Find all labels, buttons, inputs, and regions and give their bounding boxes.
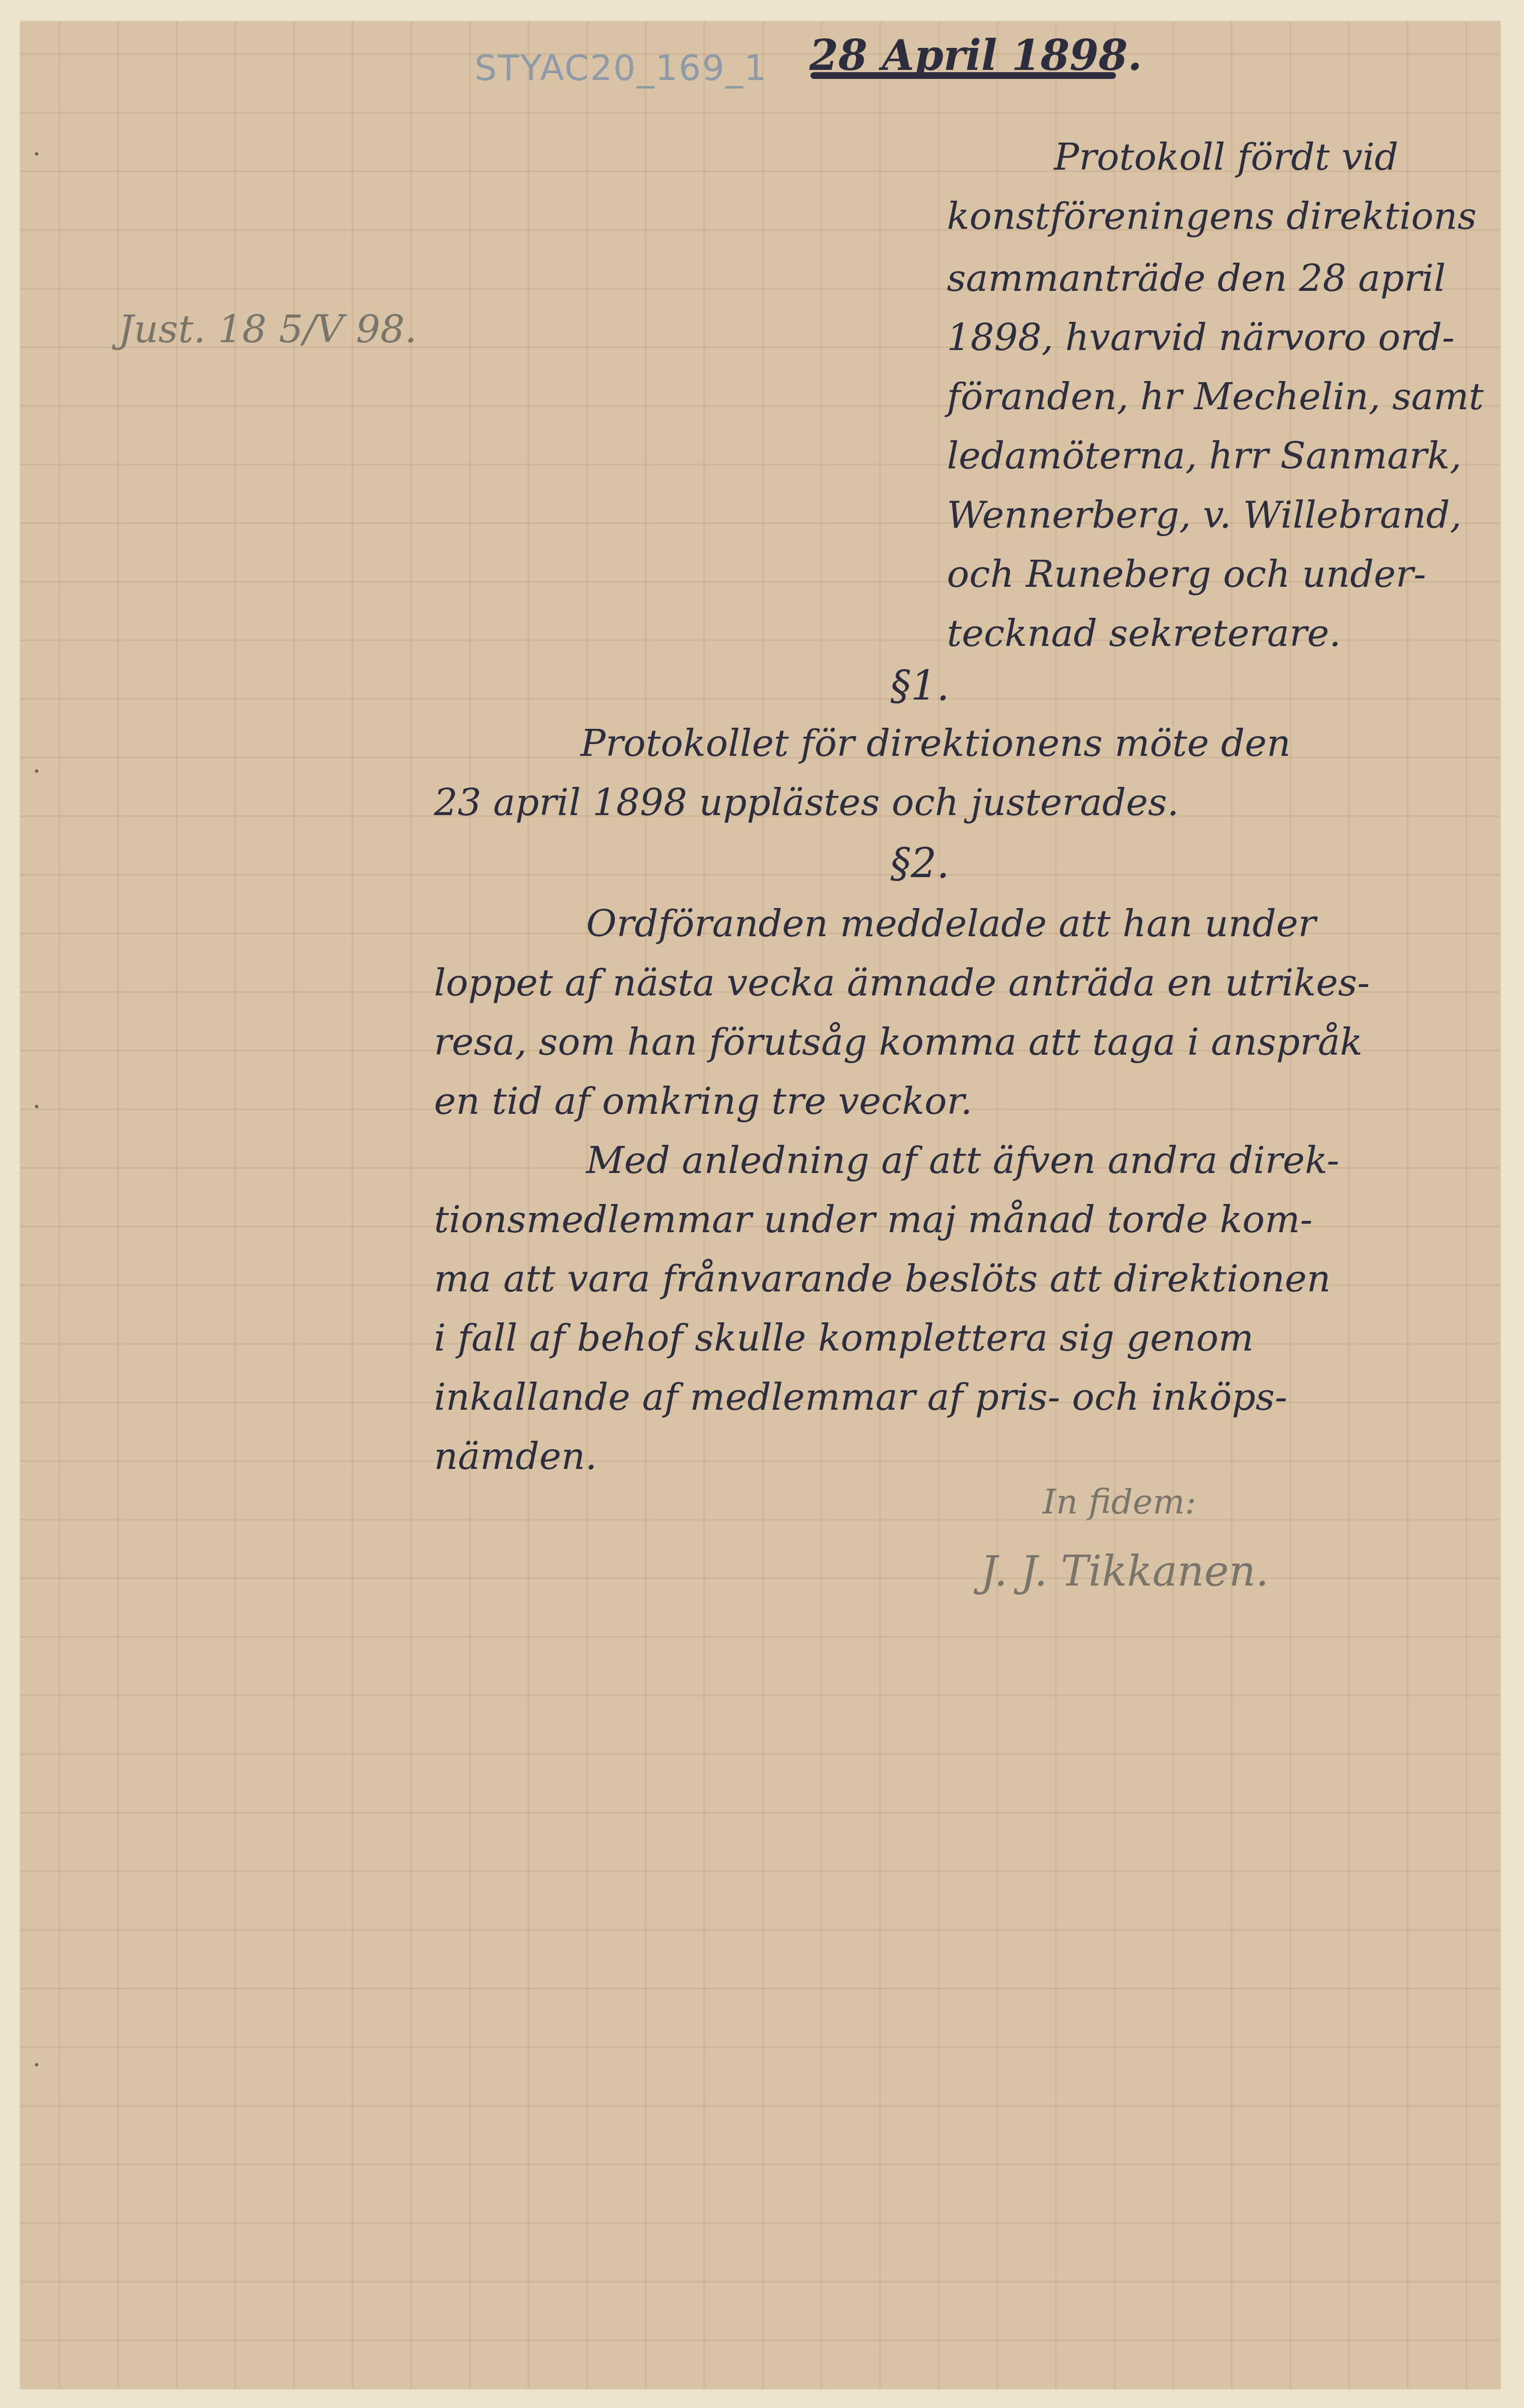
binding-mark bbox=[35, 1105, 38, 1108]
preamble-line: konstföreningens direktions bbox=[947, 194, 1477, 238]
preamble-line: och Runeberg och under- bbox=[947, 552, 1426, 596]
preamble-line: sammanträde den 28 april bbox=[947, 256, 1446, 300]
section-line: 23 april 1898 upplästes och justerades. bbox=[434, 781, 1179, 824]
binding-mark bbox=[35, 152, 38, 156]
section-line: tionsmedlemmar under maj månad torde kom… bbox=[434, 1198, 1313, 1241]
margin-note-justified: Just. 18 5/V 98. bbox=[118, 307, 417, 352]
preamble-line: tecknad sekreterare. bbox=[947, 612, 1341, 655]
section-line: loppet af nästa vecka ämnade anträda en … bbox=[434, 961, 1370, 1004]
preamble-line: Protokoll fördt vid bbox=[1054, 135, 1398, 179]
section-mark: §1. bbox=[891, 662, 950, 710]
preamble-line: 1898, hvarvid närvoro ord- bbox=[947, 316, 1455, 359]
section-line: Ordföranden meddelade att han under bbox=[586, 902, 1316, 945]
section-line: nämden. bbox=[434, 1435, 597, 1478]
signature-name: J. J. Tikkanen. bbox=[981, 1547, 1269, 1596]
signature-closing: In fidem: bbox=[1043, 1482, 1196, 1522]
section-line: Med anledning af att äfven andra direk- bbox=[586, 1139, 1339, 1182]
section-line: en tid af omkring tre veckor. bbox=[434, 1079, 972, 1123]
binding-mark bbox=[35, 2063, 38, 2066]
section-line: resa, som han förutsåg komma att taga i … bbox=[434, 1020, 1363, 1064]
section-line: i fall af behof skulle komplettera sig g… bbox=[434, 1316, 1253, 1360]
archive-id: STYAC20_169_1 bbox=[475, 47, 768, 88]
preamble-line: ledamöterna, hrr Sanmark, bbox=[947, 434, 1461, 477]
section-line: ma att vara frånvarande beslöts att dire… bbox=[434, 1257, 1331, 1300]
section-line: inkallande af medlemmar af pris- och ink… bbox=[434, 1375, 1287, 1419]
section-line: Protokollet för direktionens möte den bbox=[581, 721, 1291, 765]
preamble-line: Wennerberg, v. Willebrand, bbox=[947, 493, 1462, 537]
section-mark: §2. bbox=[891, 840, 950, 887]
date-underline bbox=[810, 72, 1116, 79]
preamble-line: föranden, hr Mechelin, samt bbox=[947, 375, 1484, 418]
binding-mark bbox=[35, 769, 38, 773]
